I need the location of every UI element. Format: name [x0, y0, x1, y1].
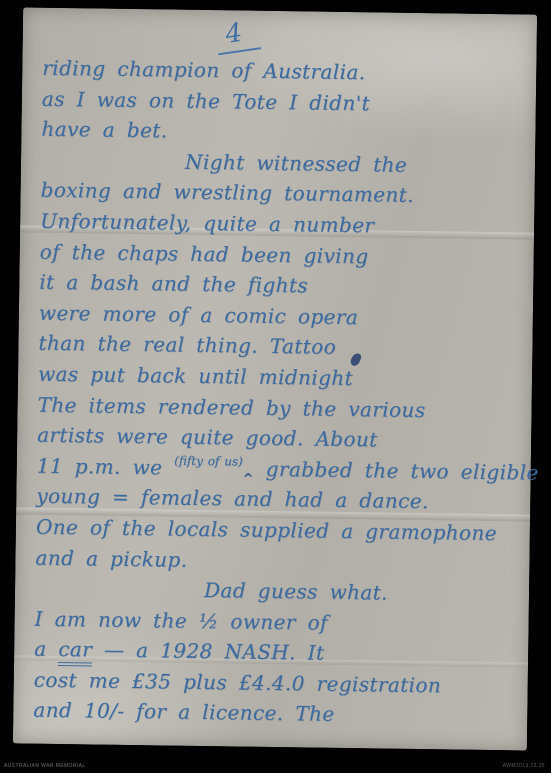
- handwriting-text: Dad guess what.: [204, 578, 388, 605]
- handwriting-text: grabbed the two eligible: [254, 456, 539, 484]
- handwriting-text: Night witnessed the: [185, 150, 407, 177]
- handwriting-text: cost me £35 plus £4.4.0 registration: [34, 668, 442, 698]
- handwriting-text: Unfortunately, quite a number: [40, 209, 375, 238]
- page-number: 4: [213, 16, 260, 56]
- handwriting-line: and a pickup.: [35, 545, 523, 582]
- handwriting-line: Night witnessed the: [185, 150, 529, 185]
- interline-insertion: (fifty of us): [174, 453, 243, 468]
- handwriting-text: of the chaps had been giving: [40, 239, 369, 268]
- handwriting-text: car: [58, 637, 92, 666]
- handwriting-text: One of the locals supplied a gramophone: [36, 515, 497, 545]
- archive-reference-label: AWM2019.22.35: [503, 763, 545, 769]
- handwriting-text: as I was on the Tote I didn't: [42, 86, 371, 115]
- handwriting-text: riding champion of Australia.: [42, 56, 366, 85]
- handwriting-text: I am now the ½ owner of: [34, 606, 328, 634]
- handwriting-text: was put back until midnight: [38, 362, 353, 390]
- handwriting-text: were more of a comic opera: [39, 300, 359, 328]
- handwriting-text: artists were quite good. About: [37, 423, 378, 452]
- handwriting-text: it a bash and the fights: [39, 270, 308, 298]
- letter-lines: riding champion of Australia.as I was on…: [25, 56, 530, 736]
- page-number-row: 4: [23, 15, 537, 56]
- handwriting-line: have a bet.: [41, 117, 529, 154]
- handwriting-line: and 10/- for a licence. The: [33, 698, 521, 735]
- handwriting-text: a: [34, 637, 58, 661]
- handwriting-text: and a pickup.: [35, 545, 187, 571]
- letter-scan: 4 riding champion of Australia.as I was …: [0, 0, 551, 773]
- handwriting-text: 11 p.m. we: [37, 453, 175, 479]
- handwriting-text: and 10/- for a licence. The: [33, 698, 335, 726]
- handwriting-text: ^: [242, 471, 254, 486]
- handwriting-text: young = females and had a dance.: [36, 484, 429, 513]
- letter-page: 4 riding champion of Australia.as I was …: [13, 7, 537, 750]
- handwriting-text: — a 1928 NASH. It: [92, 638, 325, 665]
- handwriting-text: The items rendered by the various: [37, 392, 425, 421]
- archive-institution-label: AUSTRALIAN WAR MEMORIAL: [4, 763, 86, 769]
- handwriting-text: boxing and wrestling tournament.: [40, 178, 414, 207]
- handwriting-text: than the real thing. Tattoo: [38, 331, 336, 359]
- handwriting-line: Dad guess what.: [204, 578, 523, 613]
- handwriting-text: have a bet.: [41, 117, 167, 143]
